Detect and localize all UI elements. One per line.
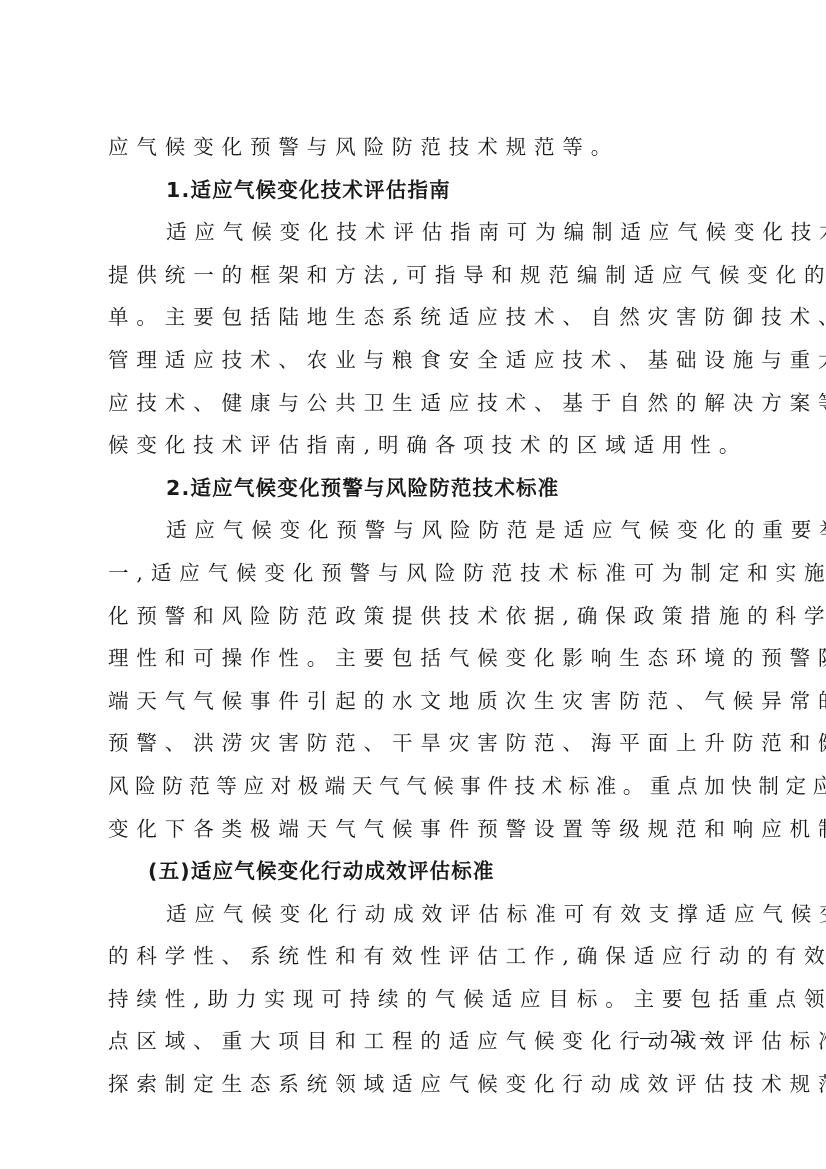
paragraph-line: 风险防范等应对极端天气气候事件技术标准。重点加快制定应对气候	[108, 765, 722, 808]
paragraph-line: 理性和可操作性。主要包括气候变化影响生态环境的预警防控、极	[108, 637, 722, 680]
page-number: — 23 —	[640, 1026, 720, 1049]
heading-early-warning-standards: 2.适应气候变化预警与风险防范技术标准	[108, 467, 722, 510]
paragraph-line: 化预警和风险防范政策提供技术依据,确保政策措施的科学性、合	[108, 595, 722, 638]
paragraph-line: 的科学性、系统性和有效性评估工作,确保适应行动的有效性和可	[108, 935, 722, 978]
paragraph-line: 一,适应气候变化预警与风险防范技术标准可为制定和实施气候变	[108, 552, 722, 595]
paragraph-line: 持续性,助力实现可持续的气候适应目标。主要包括重点领域、重	[108, 978, 722, 1021]
paragraph-line: 探索制定生态系统领域适应气候变化行动成效评估技术规范。	[108, 1063, 722, 1106]
document-body: 应气候变化预警与风险防范技术规范等。 1.适应气候变化技术评估指南 适应气候变化…	[108, 126, 722, 1106]
paragraph-technology-assessment: 适应气候变化技术评估指南可为编制适应气候变化技术清单 提供统一的框架和方法,可指…	[108, 211, 722, 467]
paragraph-line: 点区域、重大项目和工程的适应气候变化行动成效评估标准。重点	[108, 1020, 722, 1063]
heading-technology-assessment-guide: 1.适应气候变化技术评估指南	[108, 169, 722, 212]
continuation-line: 应气候变化预警与风险防范技术规范等。	[108, 126, 722, 169]
paragraph-line: 应技术、健康与公共卫生适应技术、基于自然的解决方案等适应气	[108, 382, 722, 425]
paragraph-line: 提供统一的框架和方法,可指导和规范编制适应气候变化的技术清	[108, 254, 722, 297]
paragraph-line: 变化下各类极端天气气候事件预警设置等级规范和响应机制标准。	[108, 808, 722, 851]
paragraph-line: 端天气气候事件引起的水文地质次生灾害防范、气候异常的监测与	[108, 680, 722, 723]
paragraph-line: 适应气候变化行动成效评估标准可有效支撑适应气候变化行动	[108, 893, 722, 936]
paragraph-line: 适应气候变化技术评估指南可为编制适应气候变化技术清单	[108, 211, 722, 254]
paragraph-early-warning: 适应气候变化预警与风险防范是适应气候变化的重要举措之 一,适应气候变化预警与风险…	[108, 509, 722, 850]
paragraph-line: 适应气候变化预警与风险防范是适应气候变化的重要举措之	[108, 509, 722, 552]
paragraph-effectiveness-assessment: 适应气候变化行动成效评估标准可有效支撑适应气候变化行动 的科学性、系统性和有效性…	[108, 893, 722, 1106]
paragraph-line: 管理适应技术、农业与粮食安全适应技术、基础设施与重大工程适	[108, 339, 722, 382]
paragraph-line: 候变化技术评估指南,明确各项技术的区域适用性。	[108, 424, 722, 467]
paragraph-line: 预警、洪涝灾害防范、干旱灾害防范、海平面上升防范和健康卫生	[108, 722, 722, 765]
paragraph-line: 单。主要包括陆地生态系统适应技术、自然灾害防御技术、水资源	[108, 296, 722, 339]
heading-section-five: (五)适应气候变化行动成效评估标准	[108, 850, 722, 893]
